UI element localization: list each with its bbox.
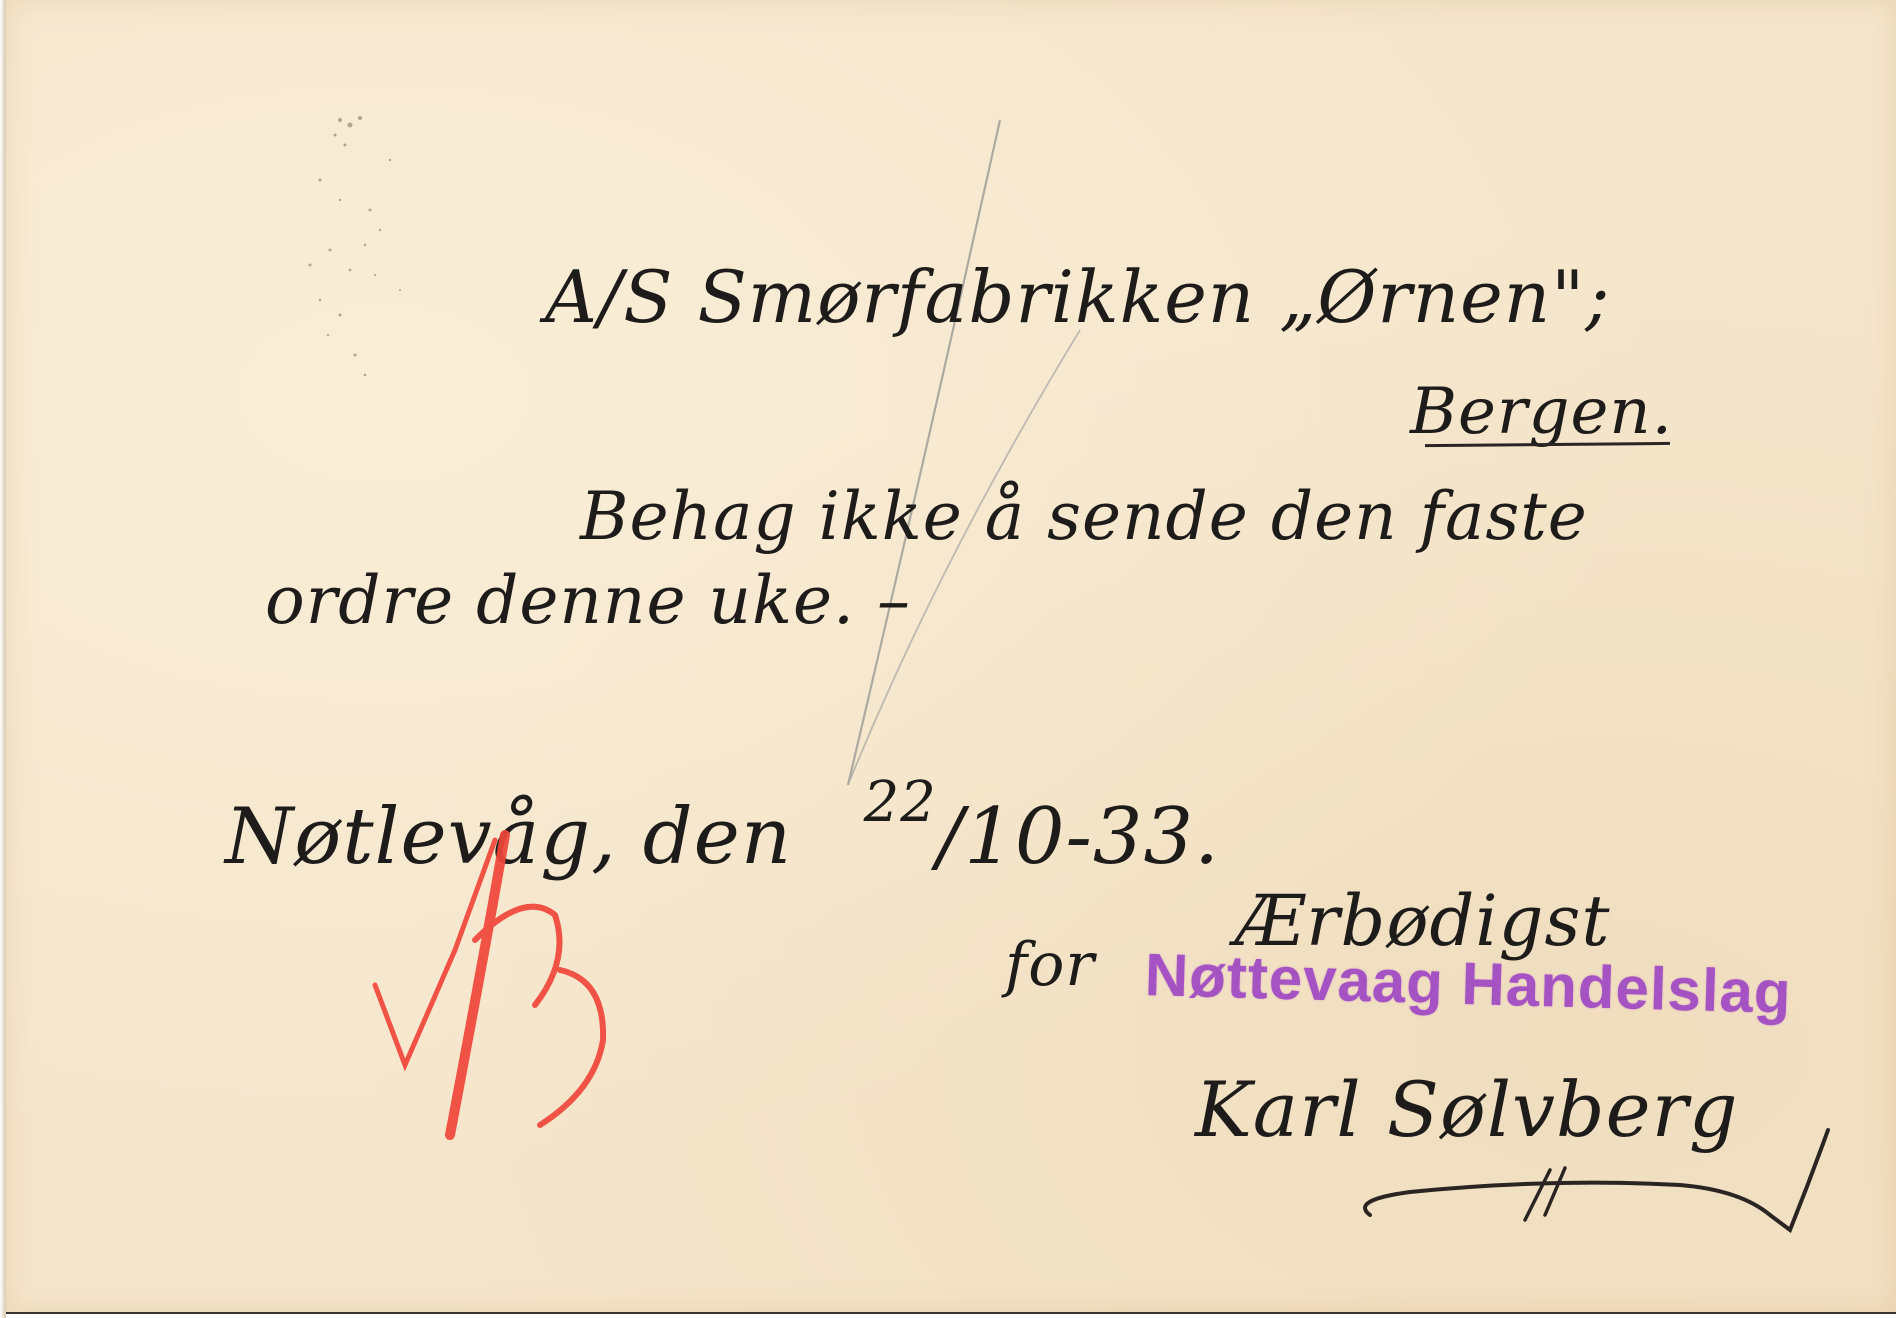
signature-flourish-icon [1350,1120,1850,1250]
date-day: 22 [864,770,937,835]
smudge-mark-icon [280,100,430,400]
date-rest: /10-33. [937,792,1220,882]
recipient-company: A/S Smørfabrikken „Ørnen"; [545,255,1611,339]
for-text: for [1005,930,1095,1000]
body-line-2: ordre denne uke. – [265,562,911,639]
recipient-city: Bergen. [1410,375,1673,449]
body-line-1: Behag ikke å sende den faste [580,478,1588,555]
red-check-b-mark-icon [355,830,625,1140]
